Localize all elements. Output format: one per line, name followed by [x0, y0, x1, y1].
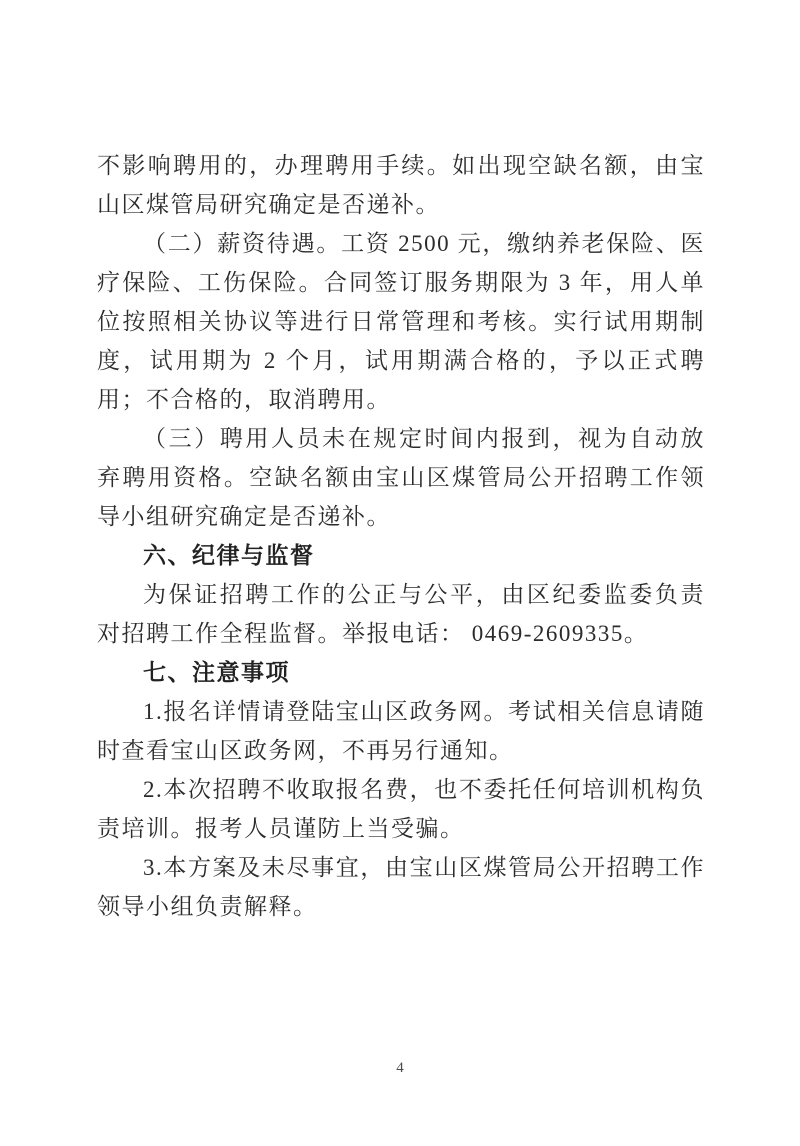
- paragraph-note-2: 2.本次招聘不收取报名费，也不委托任何培训机构负责培训。报考人员谨防上当受骗。: [97, 770, 705, 848]
- section-heading-notes: 七、注意事项: [97, 653, 705, 692]
- paragraph-supervision-hotline: 为保证招聘工作的公正与公平，由区纪委监委负责对招聘工作全程监督。举报电话： 04…: [97, 575, 705, 653]
- document-body: 不影响聘用的，办理聘用手续。如出现空缺名额，由宝山区煤管局研究确定是否递补。 （…: [97, 146, 705, 926]
- paragraph-note-3: 3.本方案及未尽事宜，由宝山区煤管局公开招聘工作领导小组负责解释。: [97, 848, 705, 926]
- paragraph-carryover: 不影响聘用的，办理聘用手续。如出现空缺名额，由宝山区煤管局研究确定是否递补。: [97, 146, 705, 224]
- paragraph-salary-benefits: （二）薪资待遇。工资 2500 元，缴纳养老保险、医疗保险、工伤保险。合同签订服…: [97, 224, 705, 419]
- page-number: 4: [0, 1060, 800, 1077]
- document-page: 不影响聘用的，办理聘用手续。如出现空缺名额，由宝山区煤管局研究确定是否递补。 （…: [0, 0, 800, 1146]
- paragraph-note-1: 1.报名详情请登陆宝山区政务网。考试相关信息请随时查看宝山区政务网，不再另行通知…: [97, 692, 705, 770]
- paragraph-no-show-forfeit: （三）聘用人员未在规定时间内报到，视为自动放弃聘用资格。空缺名额由宝山区煤管局公…: [97, 419, 705, 536]
- section-heading-discipline-supervision: 六、纪律与监督: [97, 536, 705, 575]
